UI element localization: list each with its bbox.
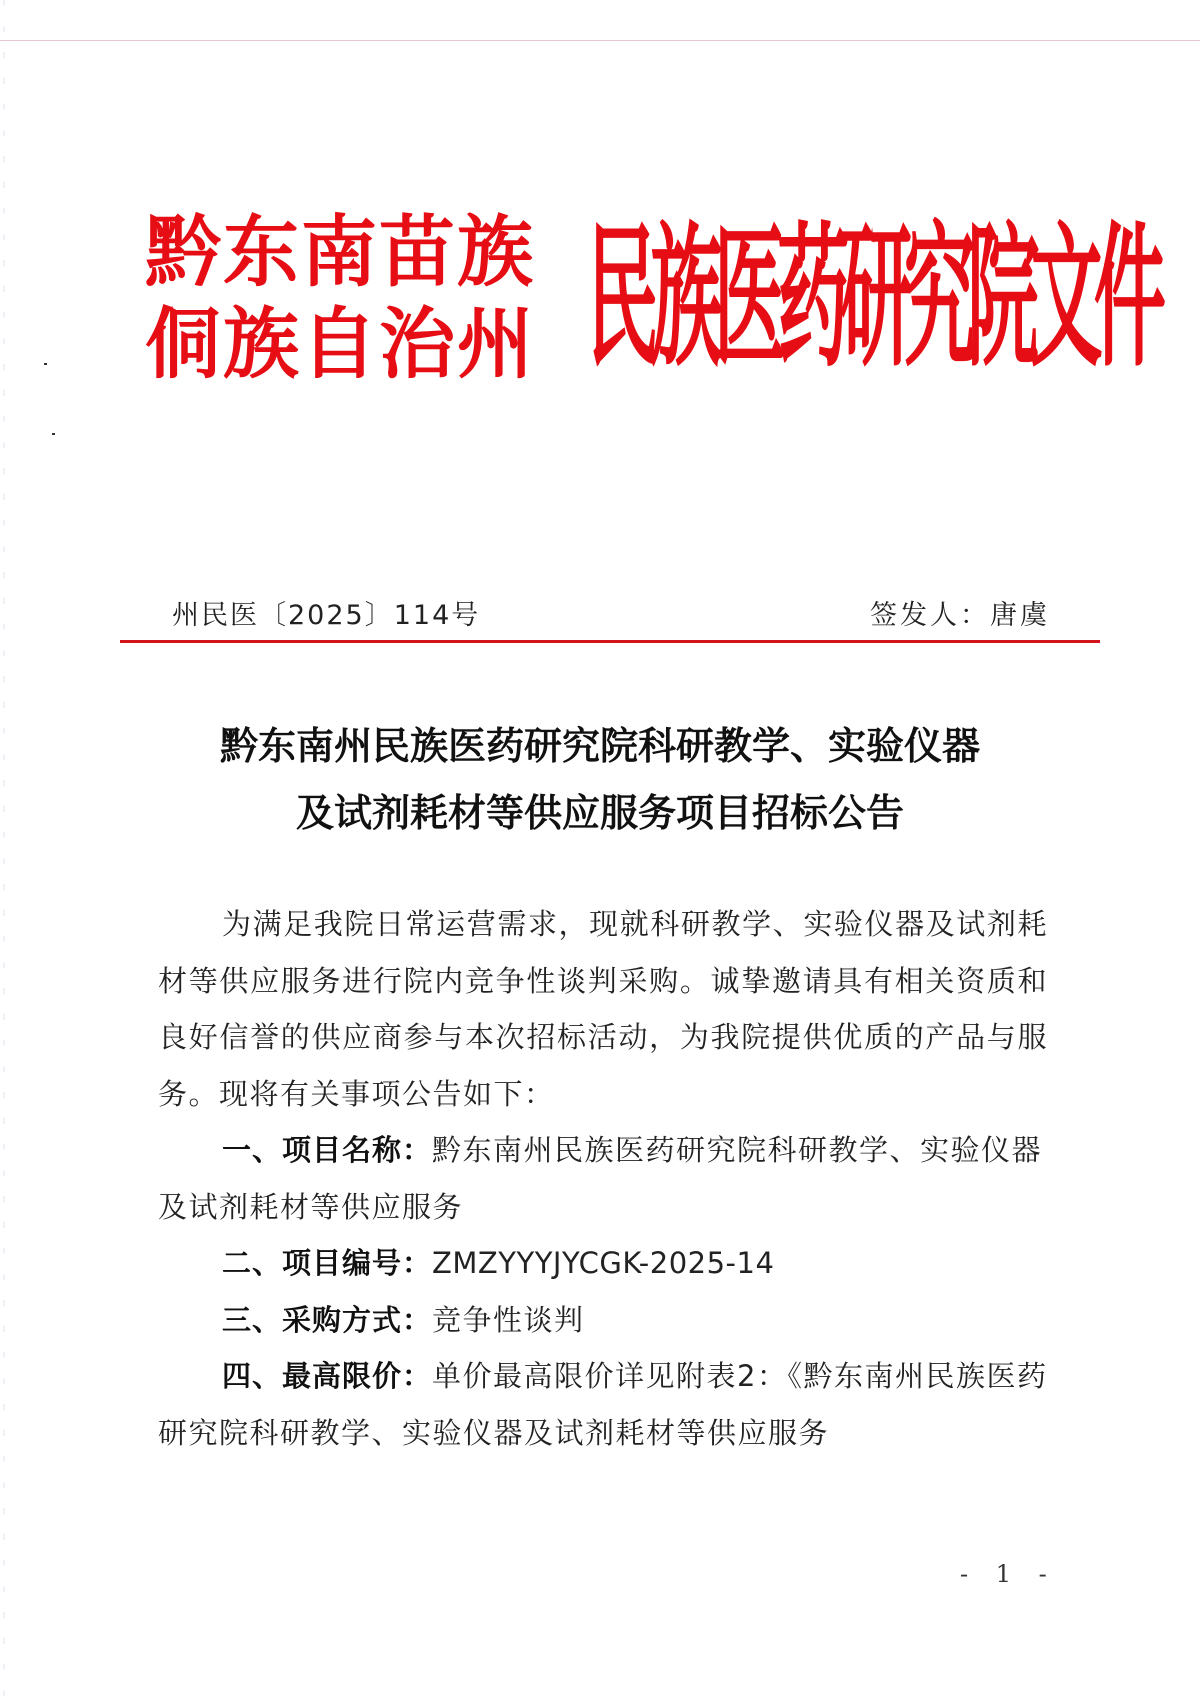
signer-label: 签发人： <box>870 600 990 631</box>
scan-top-rule <box>0 40 1200 41</box>
item-project-name: 一、项目名称：黔东南州民族医药研究院科研教学、实验仪器及试剂耗材等供应服务 <box>158 1122 1048 1235</box>
title-line-2: 及试剂耗材等供应服务项目招标公告 <box>120 779 1080 846</box>
document-number: 州民医〔2025〕114号 <box>172 593 480 632</box>
item-label: 一、项目名称： <box>222 1133 432 1167</box>
document-meta-row: 州民医〔2025〕114号 签发人：唐虞 <box>120 593 1100 633</box>
scan-margin-marks <box>3 0 5 1699</box>
red-separator-rule <box>120 640 1100 643</box>
item-value: ZMZYYYJYCGK-2025-14 <box>432 1246 774 1280</box>
masthead-issuer-region: 黔东南苗族 侗族自治州 <box>145 205 575 389</box>
item-label: 二、项目编号： <box>222 1246 432 1280</box>
signer: 签发人：唐虞 <box>870 593 1050 632</box>
item-label: 四、最高限价： <box>222 1359 432 1393</box>
item-procurement-method: 三、采购方式：竞争性谈判 <box>158 1292 1048 1349</box>
scan-speck <box>44 363 47 365</box>
masthead-line-1: 黔东南苗族 <box>145 205 575 299</box>
title-line-1: 黔东南州民族医药研究院科研教学、实验仪器 <box>120 712 1080 779</box>
signer-name: 唐虞 <box>990 600 1050 631</box>
item-value: 竞争性谈判 <box>432 1303 585 1337</box>
masthead-line-2: 侗族自治州 <box>145 297 575 391</box>
item-project-number: 二、项目编号：ZMZYYYJYCGK-2025-14 <box>158 1235 1048 1292</box>
item-price-cap: 四、最高限价：单价最高限价详见附表2：《黔东南州民族医药研究院科研教学、实验仪器… <box>158 1348 1048 1461</box>
document-body: 为满足我院日常运营需求，现就科研教学、实验仪器及试剂耗材等供应服务进行院内竞争性… <box>158 896 1048 1461</box>
document-masthead: 黔东南苗族 侗族自治州 民族医药研究院文件 <box>145 205 1065 395</box>
masthead-institute-name: 民族医药研究院文件 <box>587 159 1157 438</box>
item-label: 三、采购方式： <box>222 1303 432 1337</box>
page-number: - 1 - <box>960 1560 1057 1588</box>
document-title: 黔东南州民族医药研究院科研教学、实验仪器 及试剂耗材等供应服务项目招标公告 <box>120 712 1080 846</box>
intro-paragraph: 为满足我院日常运营需求，现就科研教学、实验仪器及试剂耗材等供应服务进行院内竞争性… <box>158 896 1048 1122</box>
scan-speck <box>52 433 55 435</box>
